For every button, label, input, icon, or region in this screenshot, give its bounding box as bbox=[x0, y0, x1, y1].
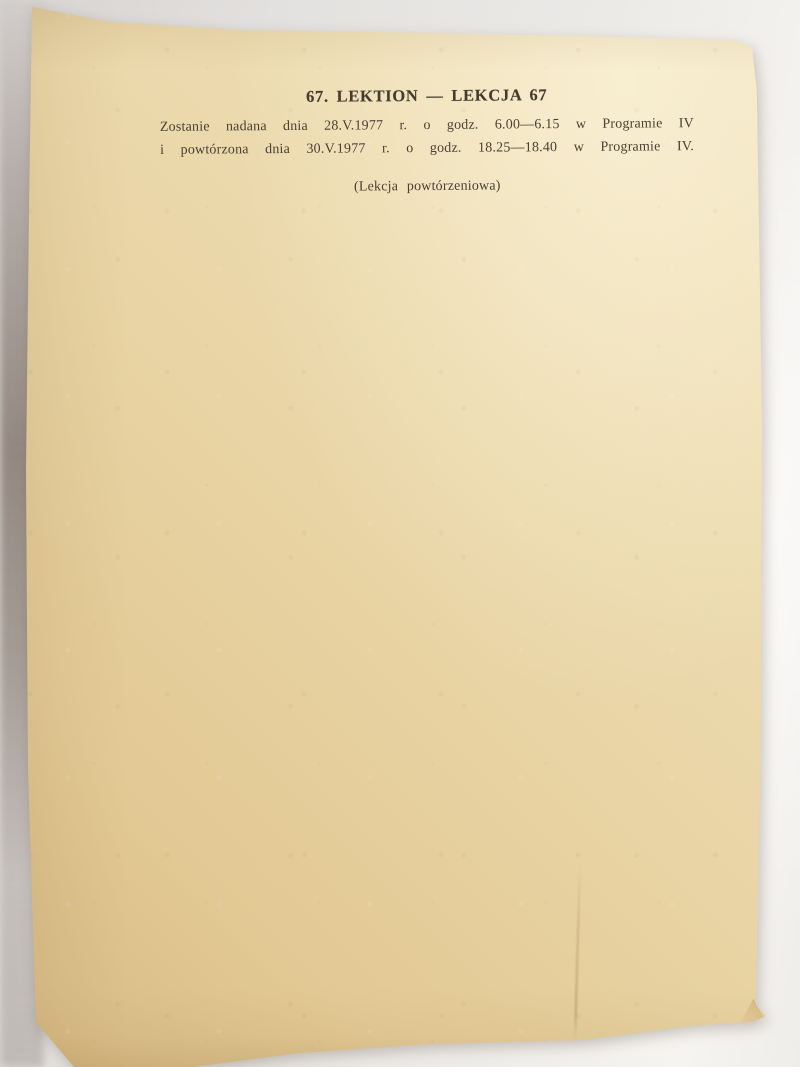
lesson-title: 67. LEKTION — LEKCJA 67 bbox=[160, 82, 694, 110]
broadcast-schedule-line-2: i powtórzona dnia 30.V.1977 r. o godz. 1… bbox=[160, 135, 694, 162]
photo-of-book-page: 67. LEKTION — LEKCJA 67 Zostanie nadana … bbox=[0, 0, 800, 1067]
book-page-wrapper: 67. LEKTION — LEKCJA 67 Zostanie nadana … bbox=[0, 0, 800, 1067]
lesson-subtitle: (Lekcja powtórzeniowa) bbox=[160, 174, 694, 200]
lesson-header-block: 67. LEKTION — LEKCJA 67 Zostanie nadana … bbox=[160, 82, 695, 200]
book-page: 67. LEKTION — LEKCJA 67 Zostanie nadana … bbox=[0, 0, 800, 1067]
